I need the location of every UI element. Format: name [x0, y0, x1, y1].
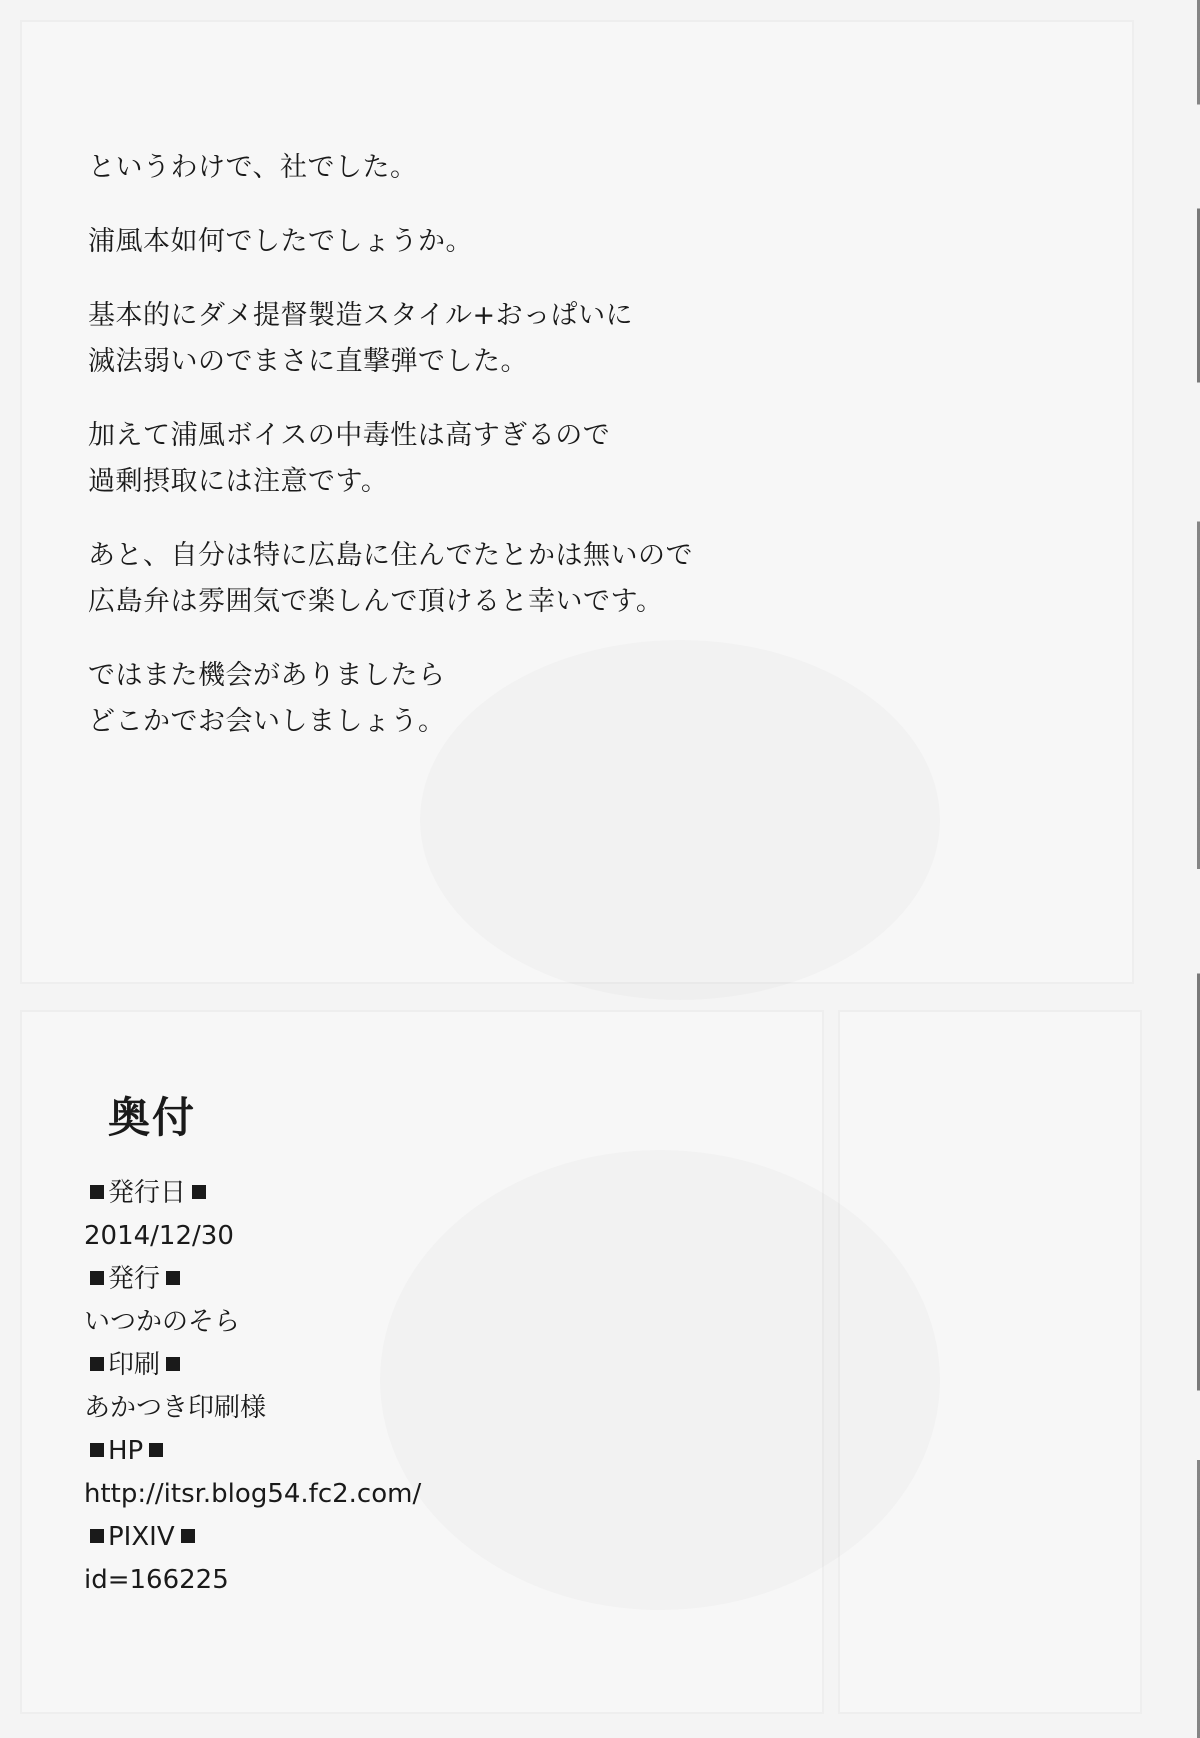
colophon-label-publish-date: 発行日	[84, 1172, 421, 1215]
afterword-paragraph: あと、自分は特に広島に住んでたとかは無いので 広島弁は雰囲気で楽しんで頂けると幸…	[88, 533, 693, 625]
square-bullet-icon	[166, 1357, 180, 1371]
background-ghost-art	[380, 1150, 940, 1610]
afterword-line: 加えて浦風ボイスの中毒性は高すぎるので	[88, 413, 693, 459]
colophon-label-printer: 印刷	[84, 1344, 421, 1387]
colophon-value-pixiv-id: id=166225	[84, 1559, 421, 1602]
afterword-line: 滅法弱いのでまさに直撃弾でした。	[88, 339, 693, 385]
afterword-line: 過剰摂取には注意です。	[88, 459, 693, 505]
afterword-paragraph: というわけで、社でした。	[88, 145, 693, 191]
colophon-label-pixiv: PIXIV	[84, 1516, 421, 1559]
colophon: 奥付 発行日 2014/12/30 発行 いつかのそら 印刷 あかつき印刷様 H…	[84, 1092, 421, 1602]
afterword-line: というわけで、社でした。	[88, 145, 693, 191]
square-bullet-icon	[90, 1185, 104, 1199]
colophon-label-homepage: HP	[84, 1430, 421, 1473]
afterword-line: ではまた機会がありましたら	[88, 653, 693, 699]
afterword-paragraph: 基本的にダメ提督製造スタイル+おっぱいに 滅法弱いのでまさに直撃弾でした。	[88, 293, 693, 385]
square-bullet-icon	[90, 1357, 104, 1371]
label-text: HP	[108, 1436, 143, 1466]
colophon-value-printer: あかつき印刷様	[84, 1387, 421, 1430]
label-text: 発行	[108, 1264, 160, 1294]
square-bullet-icon	[192, 1185, 206, 1199]
square-bullet-icon	[149, 1443, 163, 1457]
afterword-line: どこかでお会いしましょう。	[88, 699, 693, 745]
square-bullet-icon	[90, 1271, 104, 1285]
afterword-paragraph: 加えて浦風ボイスの中毒性は高すぎるので 過剰摂取には注意です。	[88, 413, 693, 505]
label-text: 印刷	[108, 1350, 160, 1380]
square-bullet-icon	[166, 1271, 180, 1285]
colophon-value-homepage-url: http://itsr.blog54.fc2.com/	[84, 1473, 421, 1516]
afterword-paragraph: ではまた機会がありましたら どこかでお会いしましょう。	[88, 653, 693, 745]
colophon-value-publish-date: 2014/12/30	[84, 1215, 421, 1258]
square-bullet-icon	[90, 1529, 104, 1543]
label-text: PIXIV	[108, 1522, 175, 1552]
square-bullet-icon	[181, 1529, 195, 1543]
square-bullet-icon	[90, 1443, 104, 1457]
label-text: 発行日	[108, 1178, 186, 1208]
afterword-line: 広島弁は雰囲気で楽しんで頂けると幸いです。	[88, 579, 693, 625]
afterword-paragraph: 浦風本如何でしたでしょうか。	[88, 219, 693, 265]
afterword-line: 基本的にダメ提督製造スタイル+おっぱいに	[88, 293, 693, 339]
afterword: というわけで、社でした。 浦風本如何でしたでしょうか。 基本的にダメ提督製造スタ…	[88, 145, 693, 773]
afterword-line: 浦風本如何でしたでしょうか。	[88, 219, 693, 265]
afterword-line: あと、自分は特に広島に住んでたとかは無いので	[88, 533, 693, 579]
colophon-label-publisher: 発行	[84, 1258, 421, 1301]
colophon-title: 奥付	[108, 1092, 421, 1144]
colophon-value-publisher: いつかのそら	[84, 1301, 421, 1344]
